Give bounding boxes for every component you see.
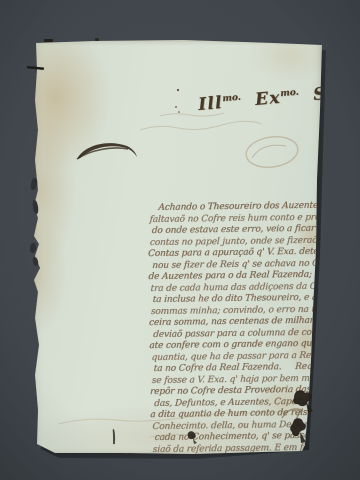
text-line: a dita quantia de hum conto de reis, ou … bbox=[150, 407, 357, 421]
manuscript-paper: Illmo. Exmo. Sr. Achando o Thesoureiro d… bbox=[33, 40, 324, 456]
text-line: repôr no Cofre desta Provedoria das Faze… bbox=[150, 384, 357, 398]
text-line: Contas para a apuraçaõ q' V. Exa. determ… bbox=[148, 246, 355, 260]
text-line: ate confere com o grande engano quasi de… bbox=[149, 338, 356, 352]
text-line: do onde estava este erro, veio a ficar n… bbox=[151, 223, 354, 237]
salutation-word: Sr. bbox=[312, 82, 343, 104]
text-line: ta inclusa he do dito Thesoureiro, e a d… bbox=[152, 292, 355, 306]
letter-body: Achando o Thesoureiro dos Auzentes que f… bbox=[147, 200, 357, 456]
text-line: cada no Conhecimento, q' se passou na oc… bbox=[154, 430, 357, 444]
salutation-word: Ex bbox=[254, 88, 281, 110]
text-line: ceira somma, nas centenas de milhares q' bbox=[149, 315, 356, 329]
salutation-word: Ill bbox=[197, 93, 223, 115]
text-line: de Auzentes para o da Real Fazenda; a le… bbox=[148, 269, 355, 283]
salutation-line: Illmo. Exmo. Sr. bbox=[197, 81, 360, 137]
salutation-superscript: mo. bbox=[222, 93, 241, 105]
text-line: Achando o Thesoureiro dos Auzentes que bbox=[158, 200, 354, 214]
text-line: ta no Cofre da Real Fazenda. Reque- bbox=[153, 361, 356, 375]
left-edge-tear bbox=[29, 243, 36, 254]
photo-canvas: Illmo. Exmo. Sr. Achando o Thesoureiro d… bbox=[0, 0, 360, 480]
salutation-superscript: mo. bbox=[280, 88, 299, 100]
left-edge-tear bbox=[30, 178, 38, 191]
